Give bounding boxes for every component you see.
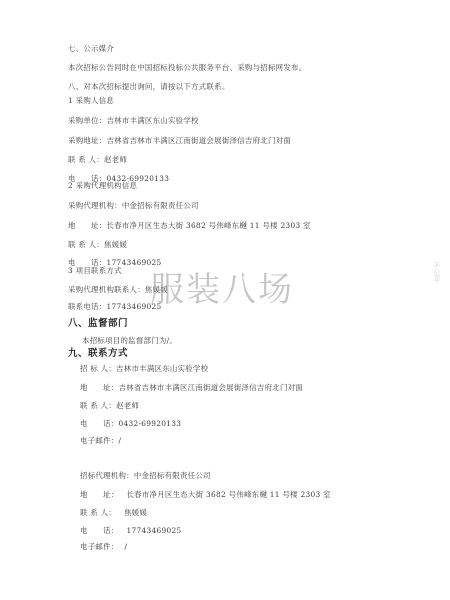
project-contact-title: 3 项目联系方式	[68, 266, 122, 276]
tenderer-email-row: 电子邮件：/	[80, 436, 121, 446]
tenderer-name: 吉林市丰满区东山实验学校	[116, 364, 208, 373]
purchaser-contact: 联 系 人：赵老师	[68, 155, 127, 165]
tenderer-phone-label: 电 话：	[80, 419, 118, 429]
watermark: 服装八场	[150, 270, 294, 310]
agency2-phone-row: 电 话：17743469025	[80, 526, 182, 536]
agency2-address-row: 地 址：长春市净月区生态大街 3682 号伟峰东樾 11 号楼 2303 室	[80, 490, 331, 500]
tenderer-address-label: 地 址：	[80, 383, 118, 393]
agency2-phone: 17743469025	[126, 526, 181, 535]
section7-text: 本次招标公告同时在中国招标投标公共服务平台、采购与招标网发布。	[68, 63, 306, 73]
tenderer-address: 吉林省吉林市丰满区江南街道会展街泽信吉府北门对面	[118, 383, 303, 392]
agency2-contact: 焦媛媛	[124, 508, 147, 517]
agency2-phone-label: 电 话：	[80, 526, 118, 536]
agency-address: 地 址：长春市净月区生态大街 3682 号伟峰东樾 11 号楼 2303 室	[68, 221, 311, 231]
project-contact-phone: 联系电话：17743469025	[68, 302, 161, 312]
agency2-name-label: 招标代理机构：	[80, 471, 134, 481]
agency-info-title: 2 采购代理机构信息	[68, 181, 137, 191]
tenderer-contact: 赵老师	[116, 401, 139, 410]
tenderer-email: /	[118, 436, 121, 445]
agency-name: 采购代理机构：中金招标有限责任公司	[68, 201, 199, 211]
agency2-address: 长春市净月区生态大街 3682 号伟峰东樾 11 号楼 2303 室	[126, 490, 330, 499]
document-page: 七、公示媒介 本次招标公告同时在中国招标投标公共服务平台、采购与招标网发布。 八…	[0, 0, 450, 600]
tenderer-contact-label: 联 系 人：	[80, 401, 116, 411]
agency2-email-row: 电子邮件：/	[80, 542, 127, 552]
purchaser-info-title: 1 采购人信息	[68, 96, 114, 106]
tenderer-name-row: 招 标 人：吉林市丰满区东山实验学校	[80, 364, 208, 374]
tenderer-phone-row: 电 话：0432-69920133	[80, 419, 181, 429]
agency2-email: /	[124, 542, 127, 551]
agency2-address-label: 地 址：	[80, 490, 118, 500]
agency2-email-label: 电子邮件：	[80, 542, 118, 552]
tenderer-email-label: 电子邮件：	[80, 436, 118, 446]
tenderer-address-row: 地 址：吉林省吉林市丰满区江南街道会展街泽信吉府北门对面	[80, 383, 303, 393]
agency2-contact-label: 联 系 人：	[80, 508, 116, 518]
supervision-heading: 八、监督部门	[68, 318, 128, 330]
agency-contact: 联 系 人：焦媛媛	[68, 240, 127, 250]
margin-note: 不公平	[428, 262, 442, 322]
tenderer-name-label: 招 标 人：	[80, 364, 116, 374]
section7-title: 七、公示媒介	[68, 44, 114, 54]
supervision-text: 本招标项目的监督部门为/。	[82, 336, 177, 346]
inquiry-title: 八、对本次招标提出询问，请按以下方式联系。	[68, 82, 230, 92]
agency2-name: 中金招标有限责任公司	[134, 471, 211, 480]
agency2-contact-row: 联 系 人：焦媛媛	[80, 508, 147, 518]
contact-methods-heading: 九、联系方式	[68, 348, 128, 360]
agency2-name-row: 招标代理机构：中金招标有限责任公司	[80, 471, 211, 481]
purchaser-address: 采购地址：吉林省吉林市丰满区江南街道会展街泽信吉府北门对面	[68, 136, 291, 146]
purchaser-unit: 采购单位：吉林市丰满区东山实验学校	[68, 116, 199, 126]
tenderer-phone: 0432-69920133	[118, 419, 181, 428]
tenderer-contact-row: 联 系 人：赵老师	[80, 401, 139, 411]
